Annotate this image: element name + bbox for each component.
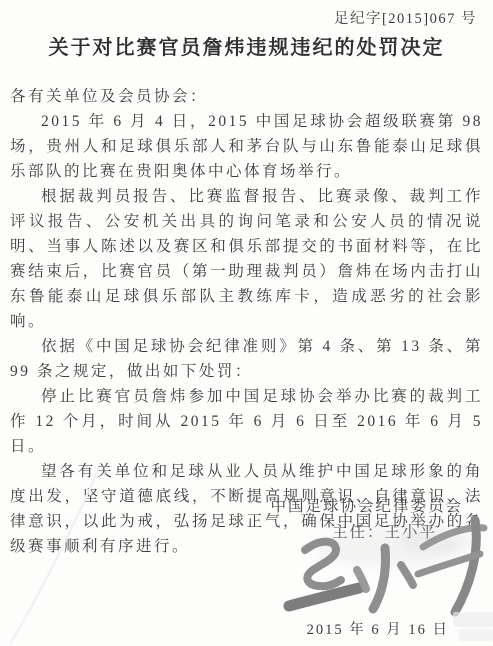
paragraph-legal-basis: 依据《中国足球协会纪律准则》第 4 条、第 13 条、第 99 条之规定，做出如… xyxy=(10,334,483,384)
salutation: 各有关单位及会员协会： xyxy=(10,84,483,109)
document-page: 足纪字[2015]067 号 关于对比赛官员詹炜违规违纪的处罚决定 各有关单位及… xyxy=(0,0,493,646)
paragraph-match-info: 2015 年 6 月 4 日，2015 中国足球协会超级联赛第 98 场，贵州人… xyxy=(10,109,483,184)
watermark-artifact xyxy=(459,629,493,641)
document-title: 关于对比赛官员詹炜违规违纪的处罚决定 xyxy=(0,31,493,60)
document-body: 各有关单位及会员协会： 2015 年 6 月 4 日，2015 中国足球协会超级… xyxy=(10,84,483,559)
document-number: 足纪字[2015]067 号 xyxy=(334,7,477,28)
watermark-artifact xyxy=(453,612,493,627)
date-line: 2015 年 6 月 16 日 xyxy=(307,618,449,639)
handwritten-signature-icon xyxy=(283,512,493,618)
paragraph-punishment: 停止比赛官员詹炜参加中国足球协会举办比赛的裁判工作 12 个月，时间从 2015… xyxy=(10,384,483,459)
paragraph-incident: 根据裁判员报告、比赛监督报告、比赛录像、裁判工作评议报告、公安机关出具的询问笔录… xyxy=(10,184,483,334)
